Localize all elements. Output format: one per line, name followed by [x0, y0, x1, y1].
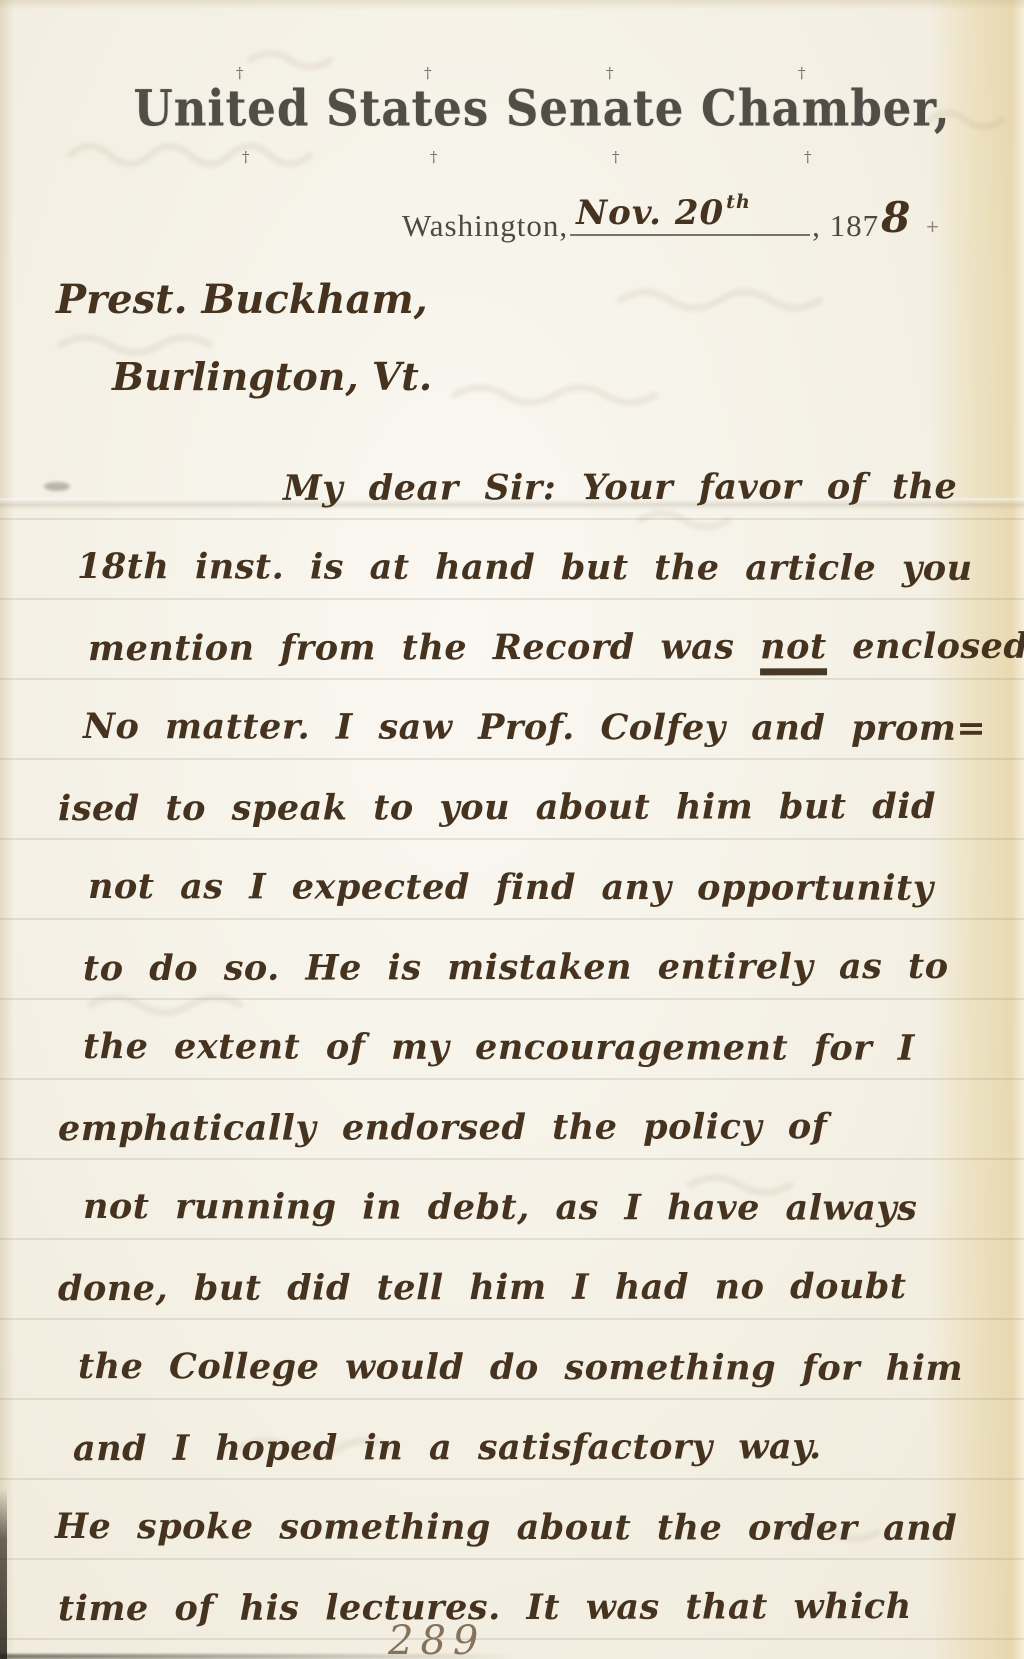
handwritten-year-digit: 8	[881, 193, 911, 242]
letter-line: He spoke something about the order and	[55, 1487, 985, 1569]
letterhead-title: United States Senate Chamber,	[0, 79, 1024, 137]
letterhead-finial-icon: †	[606, 64, 614, 82]
recipient-address: Burlington, Vt.	[112, 354, 432, 399]
underlined-word: not	[760, 626, 827, 675]
letter-line: mention from the Record was not enclosed…	[88, 607, 985, 689]
letter-line: the extent of my encouragement for I	[83, 1007, 985, 1089]
letter-line: not running in debt, as I have always	[83, 1167, 985, 1249]
letterhead-finial-icon: †	[430, 148, 438, 166]
letterhead-city: Washington,	[402, 208, 568, 244]
handwritten-date: Nov. 20th	[576, 193, 749, 233]
letter-line: not as I expected find any opportunity	[88, 847, 985, 929]
letterhead-finial-icon: †	[236, 64, 244, 82]
letter-line: to do so. He is mistaken entirely as to	[83, 927, 985, 1009]
date-ordinal-suffix: th	[726, 191, 751, 213]
letter-paper: United States Senate Chamber, † † † † † …	[0, 0, 1024, 1659]
letter-line: time of his lectures. It was that which	[58, 1567, 985, 1649]
letterhead-finial-icon: †	[424, 64, 432, 82]
letter-line: emphatically endorsed the policy of	[58, 1087, 985, 1169]
letter-line: done, but did tell him I had no doubt	[58, 1247, 985, 1329]
letterhead-finial-icon: †	[798, 64, 806, 82]
dateline: Washington, Nov. 20th , 187 8 +	[402, 188, 941, 246]
date-blank-rule: Nov. 20th	[570, 188, 810, 236]
printed-year-prefix: , 187	[812, 208, 879, 244]
letterhead-finial-icon: †	[242, 148, 250, 166]
scan-edge-left	[0, 1488, 7, 1659]
recipient-name: Prest. Buckham,	[56, 276, 428, 323]
letter-line: My dear Sir: Your favor of the	[283, 447, 985, 529]
letter-line: ised to speak to you about him but did	[58, 767, 985, 849]
letterhead-finial-icon: †	[612, 148, 620, 166]
letter-body: My dear Sir: Your favor of the18th inst.…	[55, 448, 985, 1648]
letter-line: No matter. I saw Prof. Colfey and prom=	[83, 687, 985, 769]
letter-line: 18th inst. is at hand but the article yo…	[77, 527, 985, 609]
letter-line: and I hoped in a satisfactory way.	[73, 1407, 985, 1489]
page-number: 289	[388, 1618, 485, 1659]
date-end-mark: +	[925, 217, 940, 237]
letter-line: the College would do something for him	[78, 1327, 985, 1409]
letterhead-finial-icon: †	[804, 148, 812, 166]
